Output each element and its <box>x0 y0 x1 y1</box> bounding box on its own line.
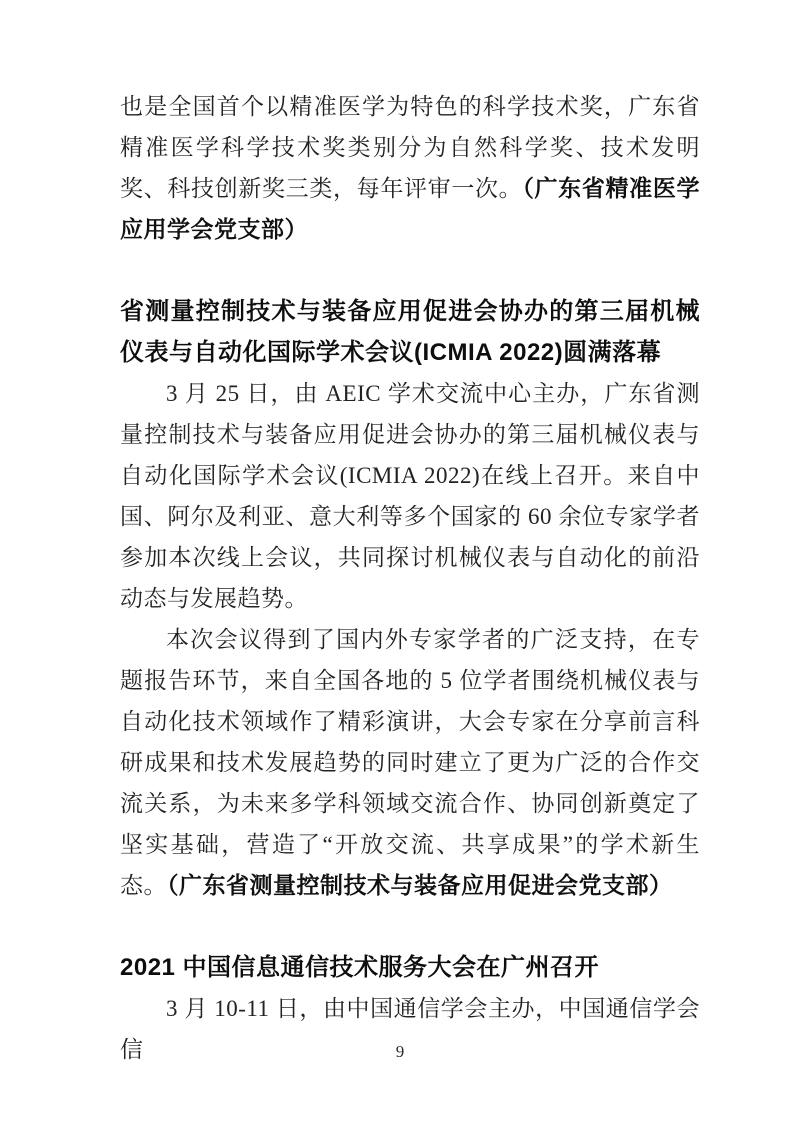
heading-ict-service-conference: 2021 中国信息通信技术服务大会在广州召开 <box>120 947 700 988</box>
document-page: 也是全国首个以精准医学为特色的科学技术奖，广东省精准医学科学技术奖类别分为自然科… <box>0 0 800 1131</box>
page-number: 9 <box>0 1042 800 1062</box>
paragraph-icmia-outcomes-text: 本次会议得到了国内外专家学者的广泛支持，在专题报告环节，来自全国各地的 5 位学… <box>120 627 700 898</box>
paragraph-icmia-outcomes: 本次会议得到了国内外专家学者的广泛支持，在专题报告环节，来自全国各地的 5 位学… <box>120 619 700 906</box>
document-body: 也是全国首个以精准医学为特色的科学技术奖，广东省精准医学科学技术奖类别分为自然科… <box>120 86 700 1070</box>
paragraph-icmia-overview: 3 月 25 日，由 AEIC 学术交流中心主办，广东省测量控制技术与装备应用促… <box>120 373 700 619</box>
credit-measurement-control-branch: （广东省测量控制技术与装备应用促进会党支部） <box>167 872 673 898</box>
heading-icmia-conference: 省测量控制技术与装备应用促进会协办的第三届机械仪表与自动化国际学术会议(ICMI… <box>120 291 700 373</box>
paragraph-award-continuation: 也是全国首个以精准医学为特色的科学技术奖，广东省精准医学科学技术奖类别分为自然科… <box>120 86 700 250</box>
